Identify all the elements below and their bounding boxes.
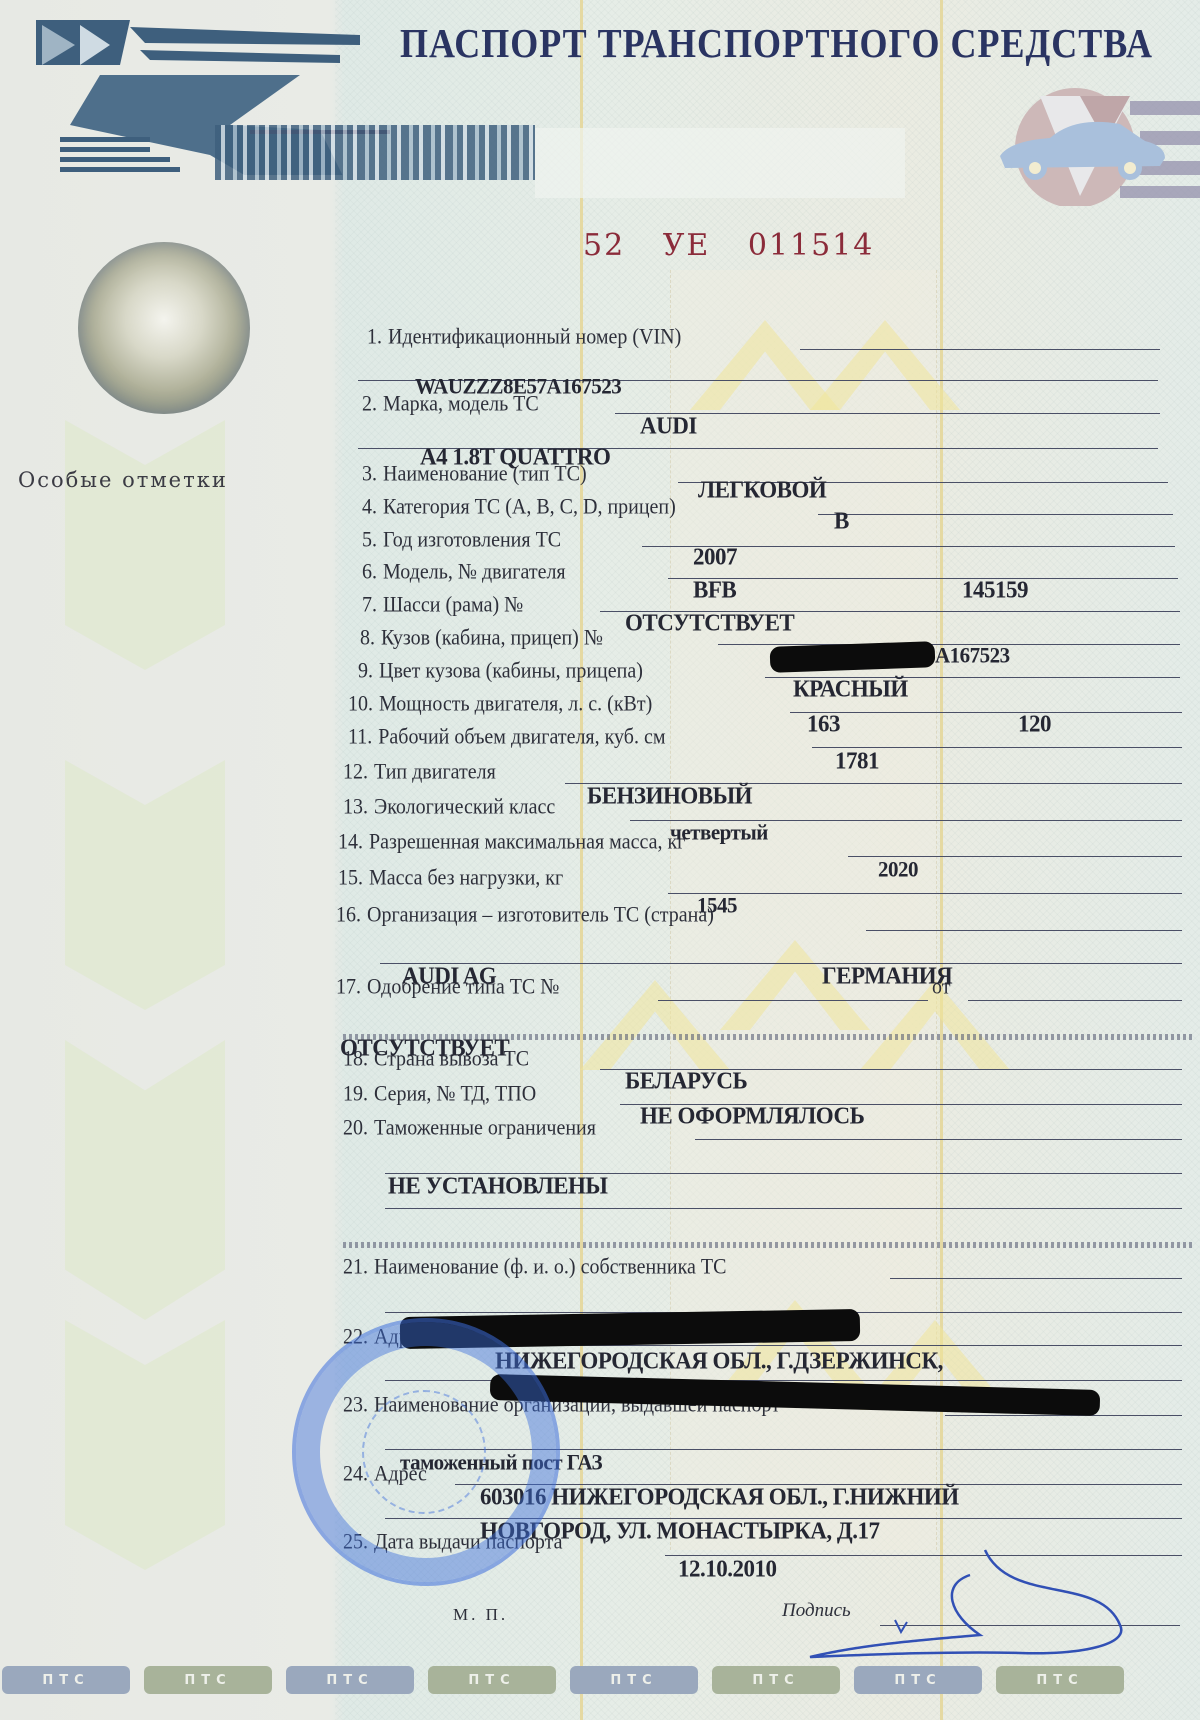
- pts-strip-cell: ПТС: [286, 1666, 414, 1694]
- field-underline: [385, 1208, 1182, 1209]
- watermark-chevron-green: [65, 1320, 225, 1570]
- watermark-chevron-green: [65, 1040, 225, 1320]
- field-underline: [695, 1139, 1182, 1140]
- field-1-value: WAUZZZ8E57A167523: [415, 373, 621, 399]
- field-16-value-country: ГЕРМАНИЯ: [822, 962, 952, 989]
- field-13-value: четвертый: [670, 819, 768, 845]
- pts-strip-cell: ПТС: [712, 1666, 840, 1694]
- field-9-label: 9.Цвет кузова (кабины, прицепа): [358, 659, 643, 684]
- field-12-label: 12.Тип двигателя: [343, 760, 496, 785]
- field-19-value: НЕ ОФОРМЛЯЛОСЬ: [640, 1102, 864, 1129]
- stamp-emblem: [362, 1390, 486, 1514]
- field-8-label: 8.Кузов (кабина, прицеп) №: [360, 626, 603, 651]
- watermark-chevron-green: [65, 760, 225, 1010]
- field-5-value: 2007: [693, 543, 737, 570]
- pts-strip-cell: ПТС: [428, 1666, 556, 1694]
- section-divider: [343, 1242, 1193, 1248]
- field-21-label: 21.Наименование (ф. и. о.) собственника …: [343, 1255, 726, 1280]
- field-underline: [658, 1000, 928, 1001]
- header-ornament-faint: [535, 128, 905, 198]
- field-underline: [866, 930, 1182, 931]
- field-underline: [380, 963, 1182, 964]
- field-11-value: 1781: [835, 747, 879, 774]
- field-10-label: 10.Мощность двигателя, л. с. (кВт): [348, 692, 652, 717]
- field-19-label: 19.Серия, № ТД, ТПО: [343, 1082, 536, 1107]
- passport-serial-number: 52 УЕ 011514: [583, 228, 874, 263]
- field-3-value: ЛЕГКОВОЙ: [698, 476, 826, 503]
- pts-strip-cell: ПТС: [2, 1666, 130, 1694]
- field-15-label: 15.Масса без нагрузки, кг: [338, 866, 563, 891]
- field-4-value: B: [834, 507, 849, 534]
- car-emblem-icon: [980, 86, 1200, 206]
- field-15-value: 1545: [697, 892, 737, 918]
- field-4-label: 4.Категория ТС (A, B, C, D, прицеп): [362, 495, 676, 520]
- field-9-value: КРАСНЫЙ: [793, 675, 908, 702]
- watermark-chevron-green: [65, 420, 225, 670]
- pts-strip-cell: ПТС: [570, 1666, 698, 1694]
- security-line: [940, 0, 943, 1720]
- vehicle-passport-page: ПАСПОРТ ТРАНСПОРТНОГО СРЕДСТВА Особые от…: [0, 0, 1200, 1720]
- pts-strip-cell: ПТС: [996, 1666, 1124, 1694]
- field-16-value-org: AUDI AG: [402, 962, 496, 989]
- field-underline: [945, 1415, 1182, 1416]
- field-8-value: A167523: [935, 642, 1010, 668]
- field-7-label: 7.Шасси (рама) №: [362, 593, 523, 618]
- document-title: ПАСПОРТ ТРАНСПОРТНОГО СРЕДСТВА: [400, 19, 1153, 67]
- field-18-value: БЕЛАРУСЬ: [625, 1067, 747, 1094]
- field-17-value: ОТСУТСТВУЕТ: [340, 1034, 509, 1061]
- field-2-value-model: A4 1.8T QUATTRO: [420, 443, 610, 470]
- field-22-value: НИЖЕГОРОДСКАЯ ОБЛ., Г.ДЗЕРЖИНСК,: [495, 1347, 943, 1374]
- field-10-value-hp: 163: [807, 710, 840, 737]
- field-1-label: 1.Идентификационный номер (VIN): [367, 325, 681, 350]
- field-10-value-kw: 120: [1018, 710, 1051, 737]
- signature-icon: [800, 1545, 1140, 1665]
- field-6-label: 6.Модель, № двигателя: [362, 560, 566, 585]
- pts-strip-cell: ПТС: [144, 1666, 272, 1694]
- pts-strip-cell: ПТС: [854, 1666, 982, 1694]
- field-7-value: ОТСУТСТВУЕТ: [625, 609, 794, 636]
- field-14-value: 2020: [878, 856, 918, 882]
- field-12-value: БЕНЗИНОВЫЙ: [587, 782, 752, 809]
- field-11-label: 11.Рабочий объем двигателя, куб. см: [348, 725, 666, 750]
- field-14-label: 14.Разрешенная максимальная масса, кг: [338, 830, 685, 855]
- field-25-value: 12.10.2010: [678, 1555, 777, 1582]
- header-ornament-band: [215, 125, 535, 180]
- field-16-label: 16.Организация – изготовитель ТС (страна…: [336, 903, 714, 928]
- field-13-label: 13.Экологический класс: [343, 795, 555, 820]
- field-underline: [790, 712, 1182, 713]
- field-underline: [968, 1000, 1182, 1001]
- field-underline: [890, 1278, 1182, 1279]
- field-6-value-model: BFB: [693, 576, 736, 603]
- field-20-label: 20.Таможенные ограничения: [343, 1116, 596, 1141]
- special-marks-label: Особые отметки: [18, 468, 228, 492]
- field-5-label: 5.Год изготовления ТС: [362, 528, 561, 553]
- field-20-value: НЕ УСТАНОВЛЕНЫ: [388, 1172, 607, 1199]
- security-strip: ПТС ПТС ПТС ПТС ПТС ПТС ПТС ПТС: [0, 1660, 1200, 1700]
- field-2-value-make: AUDI: [640, 412, 697, 439]
- field-underline: [668, 578, 1178, 579]
- stamp-place-label: М. П.: [453, 1605, 508, 1625]
- field-underline: [668, 893, 1182, 894]
- field-underline: [818, 514, 1173, 515]
- field-underline: [800, 349, 1160, 350]
- field-6-value-number: 145159: [962, 576, 1028, 603]
- hologram-icon: [78, 242, 250, 414]
